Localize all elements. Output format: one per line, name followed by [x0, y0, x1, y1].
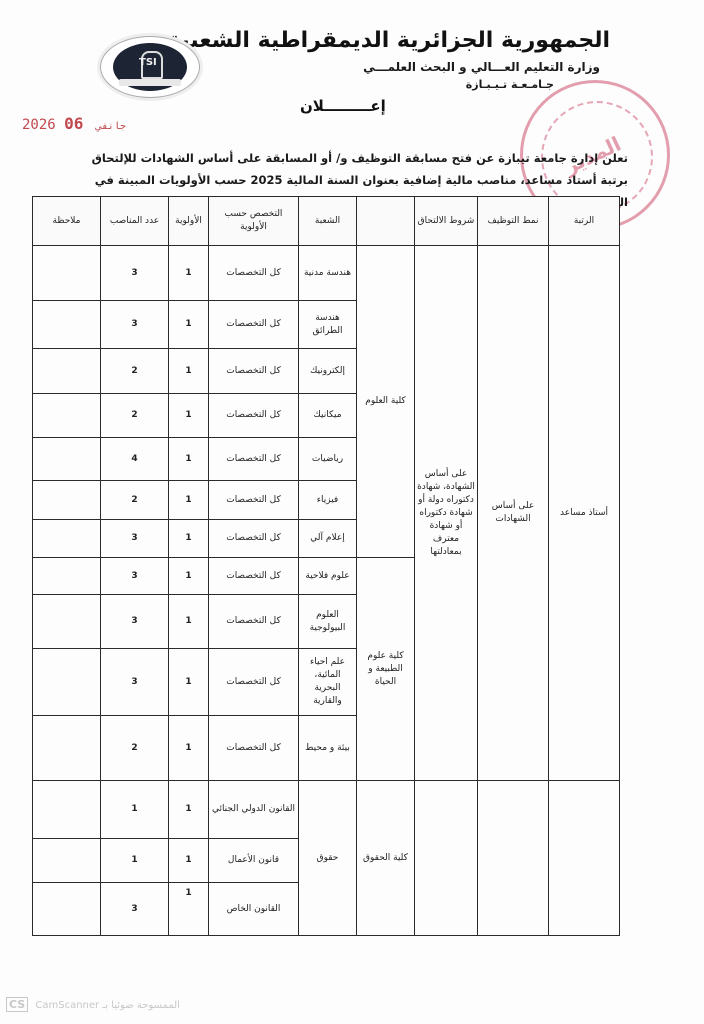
specialty-cell: كل التخصصات — [209, 394, 299, 438]
ministry-name: وزارة التعليم العـــالي و البحث العلمـــ… — [363, 60, 600, 74]
header-conditions: شروط الالتحاق — [415, 197, 478, 246]
priority-cell: 1 — [169, 883, 209, 936]
specialty-cell: كل التخصصات — [209, 558, 299, 595]
priority-cell: 1 — [169, 839, 209, 883]
header-positions: عدد المناصب — [101, 197, 169, 246]
positions-cell: 2 — [101, 481, 169, 520]
priority-cell: 1 — [169, 649, 209, 716]
note-cell — [33, 481, 101, 520]
note-cell — [33, 394, 101, 438]
branch-cell: فيزياء — [299, 481, 357, 520]
specialty-cell: كل التخصصات — [209, 595, 299, 649]
specialty-cell: كل التخصصات — [209, 246, 299, 301]
recruitment-mode-cell-empty — [478, 781, 549, 936]
positions-cell: 3 — [101, 649, 169, 716]
branch-cell: علم احياء المائية، البحرية والقارية — [299, 649, 357, 716]
specialty-cell: القانون الخاص — [209, 883, 299, 936]
branch-cell: رياضيات — [299, 438, 357, 481]
positions-cell: 1 — [101, 839, 169, 883]
positions-cell: 2 — [101, 349, 169, 394]
note-cell — [33, 883, 101, 936]
priority-cell: 1 — [169, 481, 209, 520]
positions-cell: 3 — [101, 246, 169, 301]
note-cell — [33, 595, 101, 649]
priority-cell: 1 — [169, 716, 209, 781]
branch-cell: ميكانيك — [299, 394, 357, 438]
positions-cell: 3 — [101, 883, 169, 936]
faculty-cell: كلية الحقوق — [357, 781, 415, 936]
header-priority: الأولوية — [169, 197, 209, 246]
intro-line-1: تعلن إدارة جامعة تيبازة عن فتح مسابقة ال… — [68, 147, 628, 169]
note-cell — [33, 649, 101, 716]
positions-cell: 2 — [101, 394, 169, 438]
positions-cell: 1 — [101, 781, 169, 839]
specialty-cell: كل التخصصات — [209, 520, 299, 558]
branch-cell: علوم فلاحية — [299, 558, 357, 595]
conditions-cell: على أساس الشهادة، شهادة دكتوراه دولة أو … — [415, 246, 478, 781]
priority-cell: 1 — [169, 301, 209, 349]
header-recruitment-mode: نمط التوظيف — [478, 197, 549, 246]
priority-cell: 1 — [169, 595, 209, 649]
conditions-cell-empty — [415, 781, 478, 936]
branch-cell: العلوم البيولوجية — [299, 595, 357, 649]
date-stamp: 2026 جانفي 06 — [22, 114, 130, 133]
header-rank: الرتبة — [549, 197, 620, 246]
specialty-cell: كل التخصصات — [209, 649, 299, 716]
specialty-cell: كل التخصصات — [209, 349, 299, 394]
priority-cell: 1 — [169, 558, 209, 595]
branch-cell: حقوق — [299, 781, 357, 936]
note-cell — [33, 349, 101, 394]
note-cell — [33, 716, 101, 781]
positions-cell: 3 — [101, 301, 169, 349]
university-logo: TSI — [100, 36, 200, 98]
positions-cell: 4 — [101, 438, 169, 481]
priority-cell: 1 — [169, 349, 209, 394]
priority-cell: 1 — [169, 781, 209, 839]
priority-cell: 1 — [169, 520, 209, 558]
priority-cell: 1 — [169, 246, 209, 301]
specialty-cell: القانون الدولي الجنائي — [209, 781, 299, 839]
camscanner-logo-icon: CS — [6, 997, 28, 1012]
rank-cell: أستاذ مساعد — [549, 246, 620, 781]
date-month: جانفي — [96, 121, 126, 132]
note-cell — [33, 839, 101, 883]
priority-cell: 1 — [169, 394, 209, 438]
specialty-cell: كل التخصصات — [209, 716, 299, 781]
positions-cell: 3 — [101, 520, 169, 558]
scanner-watermark: CS CamScanner الممسوحة ضوئيا بـ — [6, 997, 180, 1012]
note-cell — [33, 301, 101, 349]
note-cell — [33, 246, 101, 301]
branch-cell: هندسة الطرائق — [299, 301, 357, 349]
positions-cell: 2 — [101, 716, 169, 781]
specialty-cell: كل التخصصات — [209, 481, 299, 520]
note-cell — [33, 781, 101, 839]
announcement-title: إعـــــــــلان — [300, 97, 380, 115]
branch-cell: إعلام آلي — [299, 520, 357, 558]
positions-cell: 3 — [101, 558, 169, 595]
faculty-cell: كلية العلوم — [357, 246, 415, 558]
positions-table: الرتبة نمط التوظيف شروط الالتحاق الشعبة … — [32, 196, 620, 936]
scanner-caption: الممسوحة ضوئيا بـ — [102, 1000, 180, 1011]
republic-title: الجمهورية الجزائرية الديمقراطية الشعبية — [168, 28, 610, 53]
specialty-cell: قانون الأعمال — [209, 839, 299, 883]
scanner-name: CamScanner — [35, 1000, 99, 1011]
note-cell — [33, 520, 101, 558]
branch-cell: إلكترونيك — [299, 349, 357, 394]
specialty-cell: كل التخصصات — [209, 438, 299, 481]
header-notes: ملاحظة — [33, 197, 101, 246]
header-branch: الشعبة — [299, 197, 357, 246]
date-year: 2026 — [22, 117, 56, 133]
positions-cell: 3 — [101, 595, 169, 649]
table-row: أستاذ مساعد على أساس الشهادات على أساس ا… — [33, 246, 620, 301]
logo-text: TSI — [139, 57, 157, 68]
university-name: جـامـعـة تـيـبـازة — [466, 78, 554, 91]
branch-cell: هندسة مدنية — [299, 246, 357, 301]
recruitment-mode-cell: على أساس الشهادات — [478, 246, 549, 781]
branch-cell: بيئة و محيط — [299, 716, 357, 781]
priority-cell: 1 — [169, 438, 209, 481]
header-specialty: التخصص حسب الأولوية — [209, 197, 299, 246]
note-cell — [33, 558, 101, 595]
note-cell — [33, 438, 101, 481]
logo-book-icon — [119, 79, 181, 86]
header-faculty — [357, 197, 415, 246]
specialty-cell: كل التخصصات — [209, 301, 299, 349]
table-row: كلية الحقوق حقوق القانون الدولي الجنائي … — [33, 781, 620, 839]
table-header-row: الرتبة نمط التوظيف شروط الالتحاق الشعبة … — [33, 197, 620, 246]
faculty-cell: كلية علوم الطبيعة و الحياة — [357, 558, 415, 781]
date-day: 06 — [64, 114, 83, 133]
logo-emblem-icon: TSI — [113, 43, 187, 91]
rank-cell-empty — [549, 781, 620, 936]
